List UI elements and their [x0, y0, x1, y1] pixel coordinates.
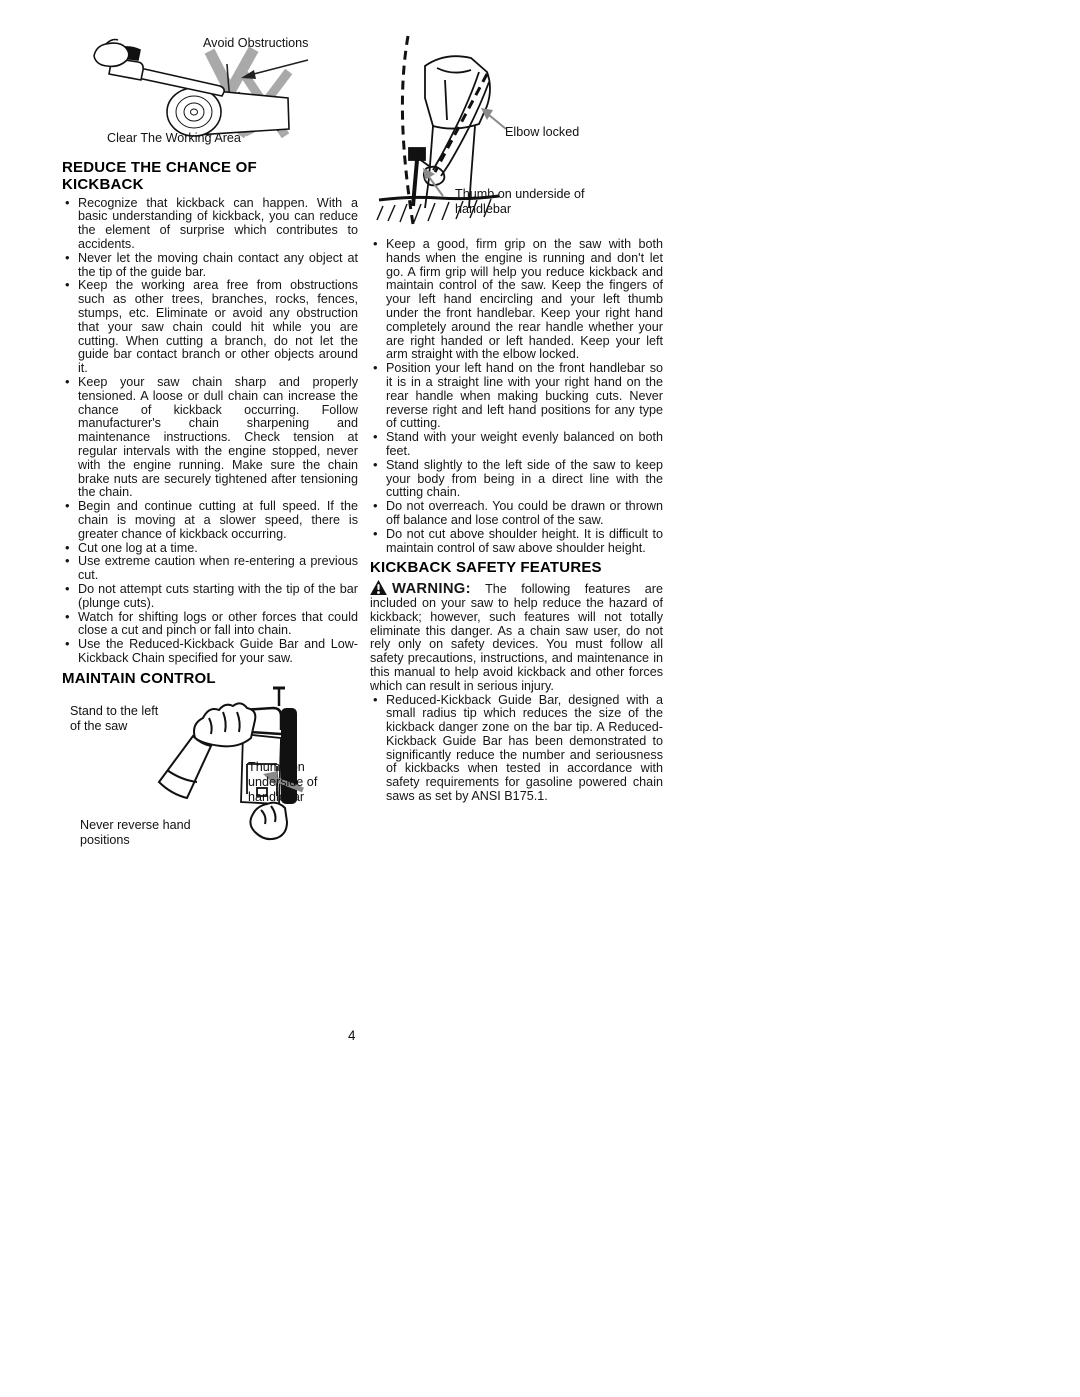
bullet-item: Stand with your weight evenly balanced o…	[370, 431, 663, 459]
bullet-item: Keep your saw chain sharp and properly t…	[62, 376, 358, 500]
bullet-item: Position your left hand on the front han…	[370, 362, 663, 431]
figure-label: Stand to the left of the saw	[70, 704, 164, 733]
figure-caption: Clear The Working Area	[107, 131, 241, 146]
manual-page: Avoid Obstructions Clear The Working Are…	[0, 0, 1080, 1397]
features-list: Reduced-Kickback Guide Bar, designed wit…	[370, 694, 663, 804]
warning-label: WARNING:	[392, 581, 471, 597]
warning-text: The following features are included on y…	[370, 582, 663, 693]
bullet-item: Keep a good, firm grip on the saw with b…	[370, 238, 663, 362]
figure-label: Never reverse hand positions	[80, 818, 192, 847]
maintain-control-heading: MAINTAIN CONTROL	[62, 671, 358, 688]
bullet-item: Stand slightly to the left side of the s…	[370, 459, 663, 500]
bullet-item: Cut one log at a time.	[62, 542, 358, 556]
kickback-features-heading: KICKBACK SAFETY FEATURES	[370, 560, 663, 577]
bullet-item: Do not cut above shoulder height. It is …	[370, 528, 663, 556]
right-column: Elbow locked Thumb on underside of handl…	[370, 25, 663, 804]
bullet-item: Recognize that kickback can happen. With…	[62, 197, 358, 252]
hand-grip-figure: Stand to the left of the saw Thumb on un…	[62, 690, 358, 870]
reduce-kickback-heading: REDUCE THE CHANCE OF KICKBACK	[62, 160, 300, 194]
grip-control-list: Keep a good, firm grip on the saw with b…	[370, 238, 663, 555]
bullet-item: Watch for shifting logs or other forces …	[62, 611, 358, 639]
reduce-kickback-list: Recognize that kickback can happen. With…	[62, 197, 358, 666]
arrow-icon	[423, 108, 506, 196]
figure-label: Avoid Obstructions	[203, 36, 308, 51]
bullet-item: Reduced-Kickback Guide Bar, designed wit…	[370, 694, 663, 804]
left-column: Avoid Obstructions Clear The Working Are…	[62, 30, 358, 870]
warning-paragraph: WARNING: The following features are incl…	[370, 580, 663, 693]
bullet-item: Keep the working area free from obstruct…	[62, 279, 358, 376]
bullet-item: Do not overreach. You could be drawn or …	[370, 500, 663, 528]
clear-working-area-figure: Avoid Obstructions Clear The Working Are…	[62, 30, 358, 155]
bullet-item: Do not attempt cuts starting with the ti…	[62, 583, 358, 611]
bullet-item: Begin and continue cutting at full speed…	[62, 500, 358, 541]
figure-label: Thumb on underside of handlebar	[455, 187, 620, 216]
bucking-stance-figure: Elbow locked Thumb on underside of handl…	[370, 25, 663, 238]
page-number: 4	[348, 1028, 356, 1043]
bullet-item: Use the Reduced-Kickback Guide Bar and L…	[62, 638, 358, 666]
figure-label: Thumb on underside of handlebar	[248, 760, 336, 804]
figure-label: Elbow locked	[505, 125, 615, 140]
warning-triangle-icon	[370, 580, 387, 595]
bullet-item: Never let the moving chain contact any o…	[62, 252, 358, 280]
bullet-item: Use extreme caution when re-entering a p…	[62, 555, 358, 583]
